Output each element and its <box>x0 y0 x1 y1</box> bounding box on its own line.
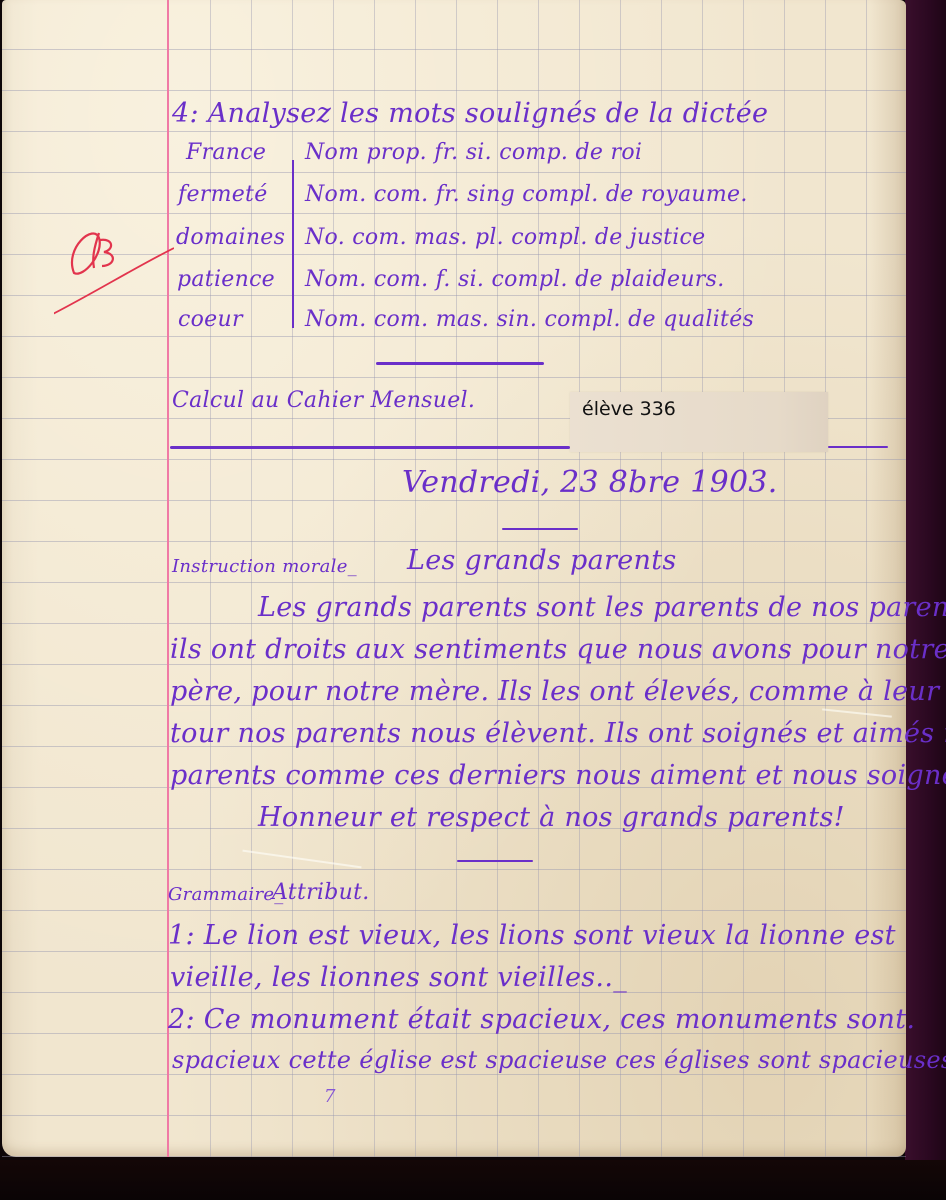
grammar-line: spacieux cette église est spacieuse ces … <box>172 1046 946 1074</box>
lesson-closing: Honneur et respect à nos grands parents! <box>258 802 845 833</box>
lesson-line: ils ont droits aux sentiments que nous a… <box>170 634 946 665</box>
student-label-box: élève 336 <box>570 392 828 452</box>
grammar-line: 1: Le lion est vieux, les lions sont vie… <box>168 920 896 951</box>
analysis-word: France <box>186 140 266 165</box>
title-underline <box>502 528 578 530</box>
analysis-text: Nom. com. f. si. compl. de plaideurs. <box>305 267 725 292</box>
stray-mark: 7 <box>324 1086 336 1107</box>
analysis-word: coeur <box>178 307 243 332</box>
lesson-line: père, pour notre mère. Ils les ont élevé… <box>170 676 939 707</box>
scan-background <box>0 1160 946 1200</box>
exercise-4-heading: 4: Analysez les mots soulignés de la dic… <box>172 98 768 129</box>
grammar-line: vieille, les lionnes sont vieilles.._ <box>170 962 627 993</box>
margin-line <box>167 0 169 1157</box>
table-divider <box>292 160 294 328</box>
analysis-text: No. com. mas. pl. compl. de justice <box>305 225 706 250</box>
analysis-text: Nom. com. mas. sin. compl. de qualités <box>305 307 754 332</box>
analysis-text: Nom prop. fr. si. comp. de roi <box>305 140 642 165</box>
calcul-note: Calcul au Cahier Mensuel. <box>172 388 475 413</box>
analysis-word: patience <box>177 267 275 292</box>
date-heading: Vendredi, 23 8bre 1903. <box>402 465 778 500</box>
lesson-line: tour nos parents nous élèvent. Ils ont s… <box>170 718 946 749</box>
analysis-word: domaines <box>176 225 285 250</box>
grammar-line: 2: Ce monument était spacieux, ces monum… <box>168 1004 915 1035</box>
subject-label: Grammaire_ <box>168 884 284 905</box>
analysis-text: Nom. com. fr. sing compl. de royaume. <box>305 182 748 207</box>
section-separator <box>376 362 544 365</box>
lesson-line: parents comme ces derniers nous aiment e… <box>170 760 946 791</box>
lesson-title: Les grands parents <box>407 545 677 576</box>
day-separator-line-end <box>828 446 888 448</box>
grade-mark-icon <box>54 218 174 328</box>
analysis-word: fermeté <box>178 182 268 207</box>
subject-label: Instruction morale_ <box>172 556 357 577</box>
notebook-page: 4: Analysez les mots soulignés de la dic… <box>2 0 906 1157</box>
day-separator-line <box>170 446 570 449</box>
lesson-line: Les grands parents sont les parents de n… <box>258 592 946 623</box>
lesson-title: Attribut. <box>272 880 370 905</box>
student-label: élève 336 <box>582 398 676 420</box>
section-separator <box>457 860 533 862</box>
